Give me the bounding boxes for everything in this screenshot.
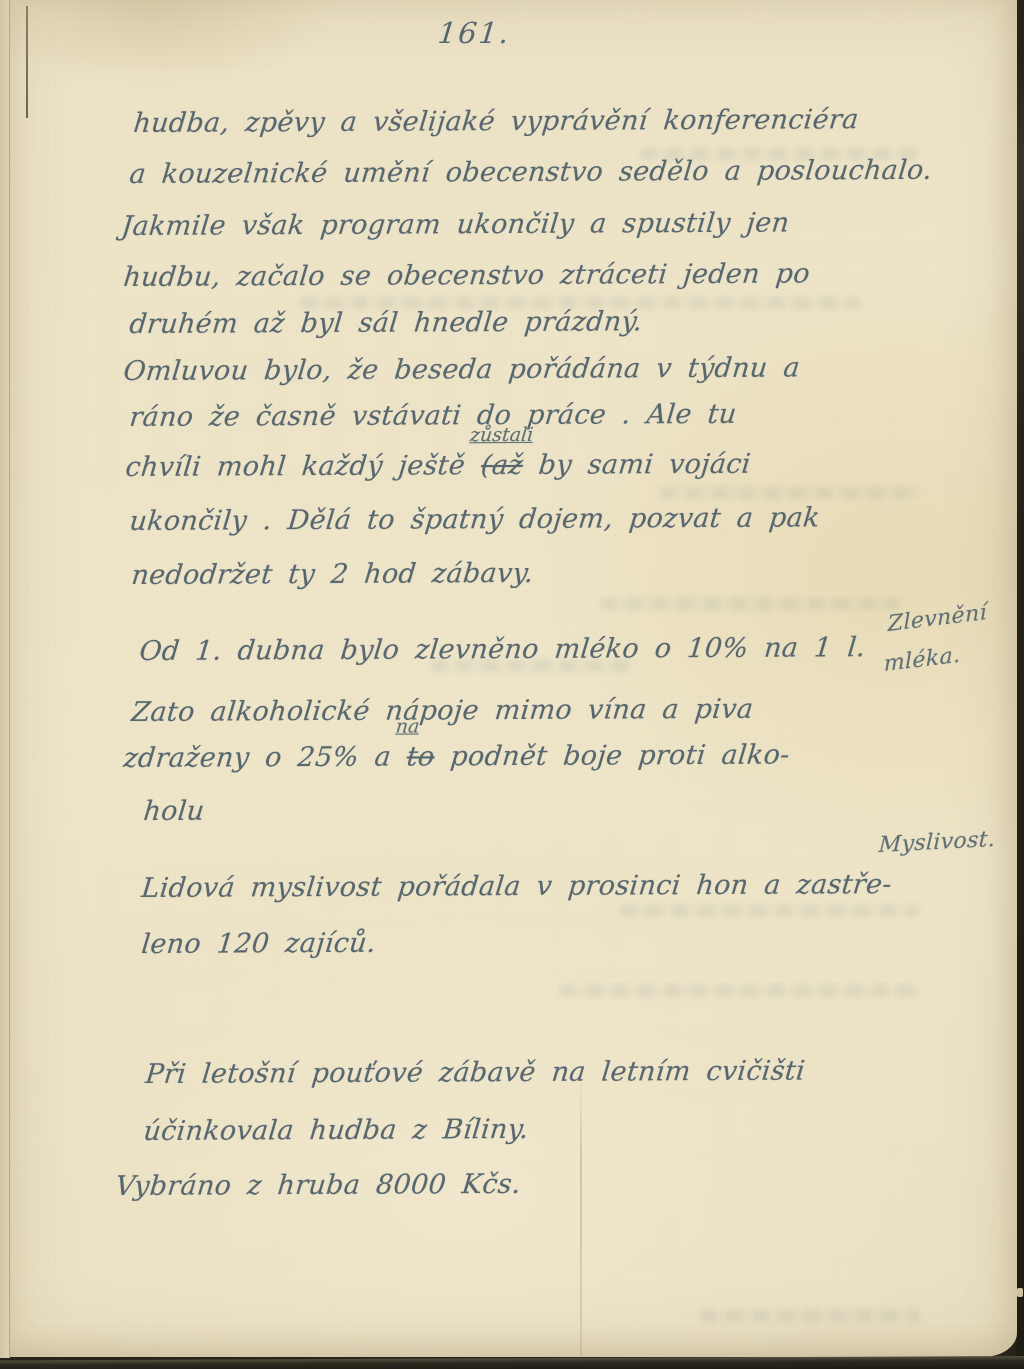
ink-bleed-ghost bbox=[700, 1310, 920, 1322]
struck-word: to bbox=[405, 741, 436, 772]
handwritten-line: holu bbox=[142, 796, 206, 827]
handwritten-line-with-correction: chvíli mohl každý ještě (ažzůstali by sa… bbox=[124, 449, 752, 483]
ink-bleed-ghost bbox=[660, 487, 920, 499]
handwritten-line: Při letošní pouťové zábavě na letním cvi… bbox=[144, 1056, 807, 1090]
correction: tona bbox=[405, 741, 436, 772]
notebook-page bbox=[10, 0, 1017, 1357]
handwritten-line: Od 1. dubna bylo zlevněno mléko o 10% na… bbox=[138, 632, 867, 667]
ink-bleed-ghost bbox=[560, 985, 920, 997]
scanned-page: 161. hudba, zpěvy a všelijaké vyprávění … bbox=[0, 0, 1024, 1369]
handwritten-line: leno 120 zajíců. bbox=[140, 928, 377, 960]
margin-pen-line bbox=[26, 6, 28, 118]
paper-grain bbox=[10, 0, 1017, 1357]
paper-crease bbox=[580, 1080, 582, 1358]
line-text: zdraženy o 25% a bbox=[122, 742, 393, 774]
handwritten-line: ukončily . Dělá to špatný dojem, pozvat … bbox=[128, 502, 821, 537]
page-left-edge bbox=[0, 0, 10, 1358]
handwritten-line: Omluvou bylo, že beseda pořádána v týdnu… bbox=[122, 352, 801, 387]
handwritten-line: účinkovala hudba z Bíliny. bbox=[142, 1114, 530, 1147]
page-edge-notch bbox=[1017, 1288, 1023, 1297]
handwritten-line: Jakmile však program ukončily a spustily… bbox=[120, 208, 791, 242]
handwritten-line: Vybráno z hruba 8000 Kčs. bbox=[114, 1169, 522, 1202]
struck-word: (až bbox=[480, 450, 525, 481]
handwritten-line-with-correction: zdraženy o 25% a tona podnět boje proti … bbox=[122, 740, 791, 774]
handwritten-line: hudbu, začalo se obecenstvo ztráceti jed… bbox=[122, 258, 811, 293]
line-text: by sami vojáci bbox=[537, 449, 752, 481]
inserted-word: na bbox=[395, 715, 421, 737]
handwritten-line: druhém až byl sál hnedle prázdný. bbox=[128, 306, 644, 340]
line-text: podnět boje proti alko- bbox=[449, 740, 791, 773]
handwritten-line: a kouzelnické umění obecenstvo sedělo a … bbox=[128, 155, 934, 190]
scan-bottom-edge bbox=[0, 1356, 1024, 1369]
handwritten-line: hudba, zpěvy a všelijaké vyprávění konfe… bbox=[132, 104, 860, 139]
handwritten-line: ráno že časně vstávati do práce . Ale tu bbox=[128, 399, 738, 433]
handwritten-line: Zato alkoholické nápoje mimo vína a piva bbox=[130, 694, 755, 728]
page-number: 161. bbox=[436, 16, 512, 50]
handwritten-line: Lidová myslivost pořádala v prosinci hon… bbox=[140, 869, 893, 904]
ink-bleed-ghost bbox=[620, 905, 920, 917]
inserted-word: zůstali bbox=[469, 424, 534, 446]
handwritten-line: nedodržet ty 2 hod zábavy. bbox=[130, 558, 535, 591]
correction: (ažzůstali bbox=[480, 450, 525, 481]
page-right-edge bbox=[1016, 55, 1024, 1369]
line-text: chvíli mohl každý ještě bbox=[124, 450, 467, 483]
ink-bleed-ghost bbox=[600, 598, 900, 610]
